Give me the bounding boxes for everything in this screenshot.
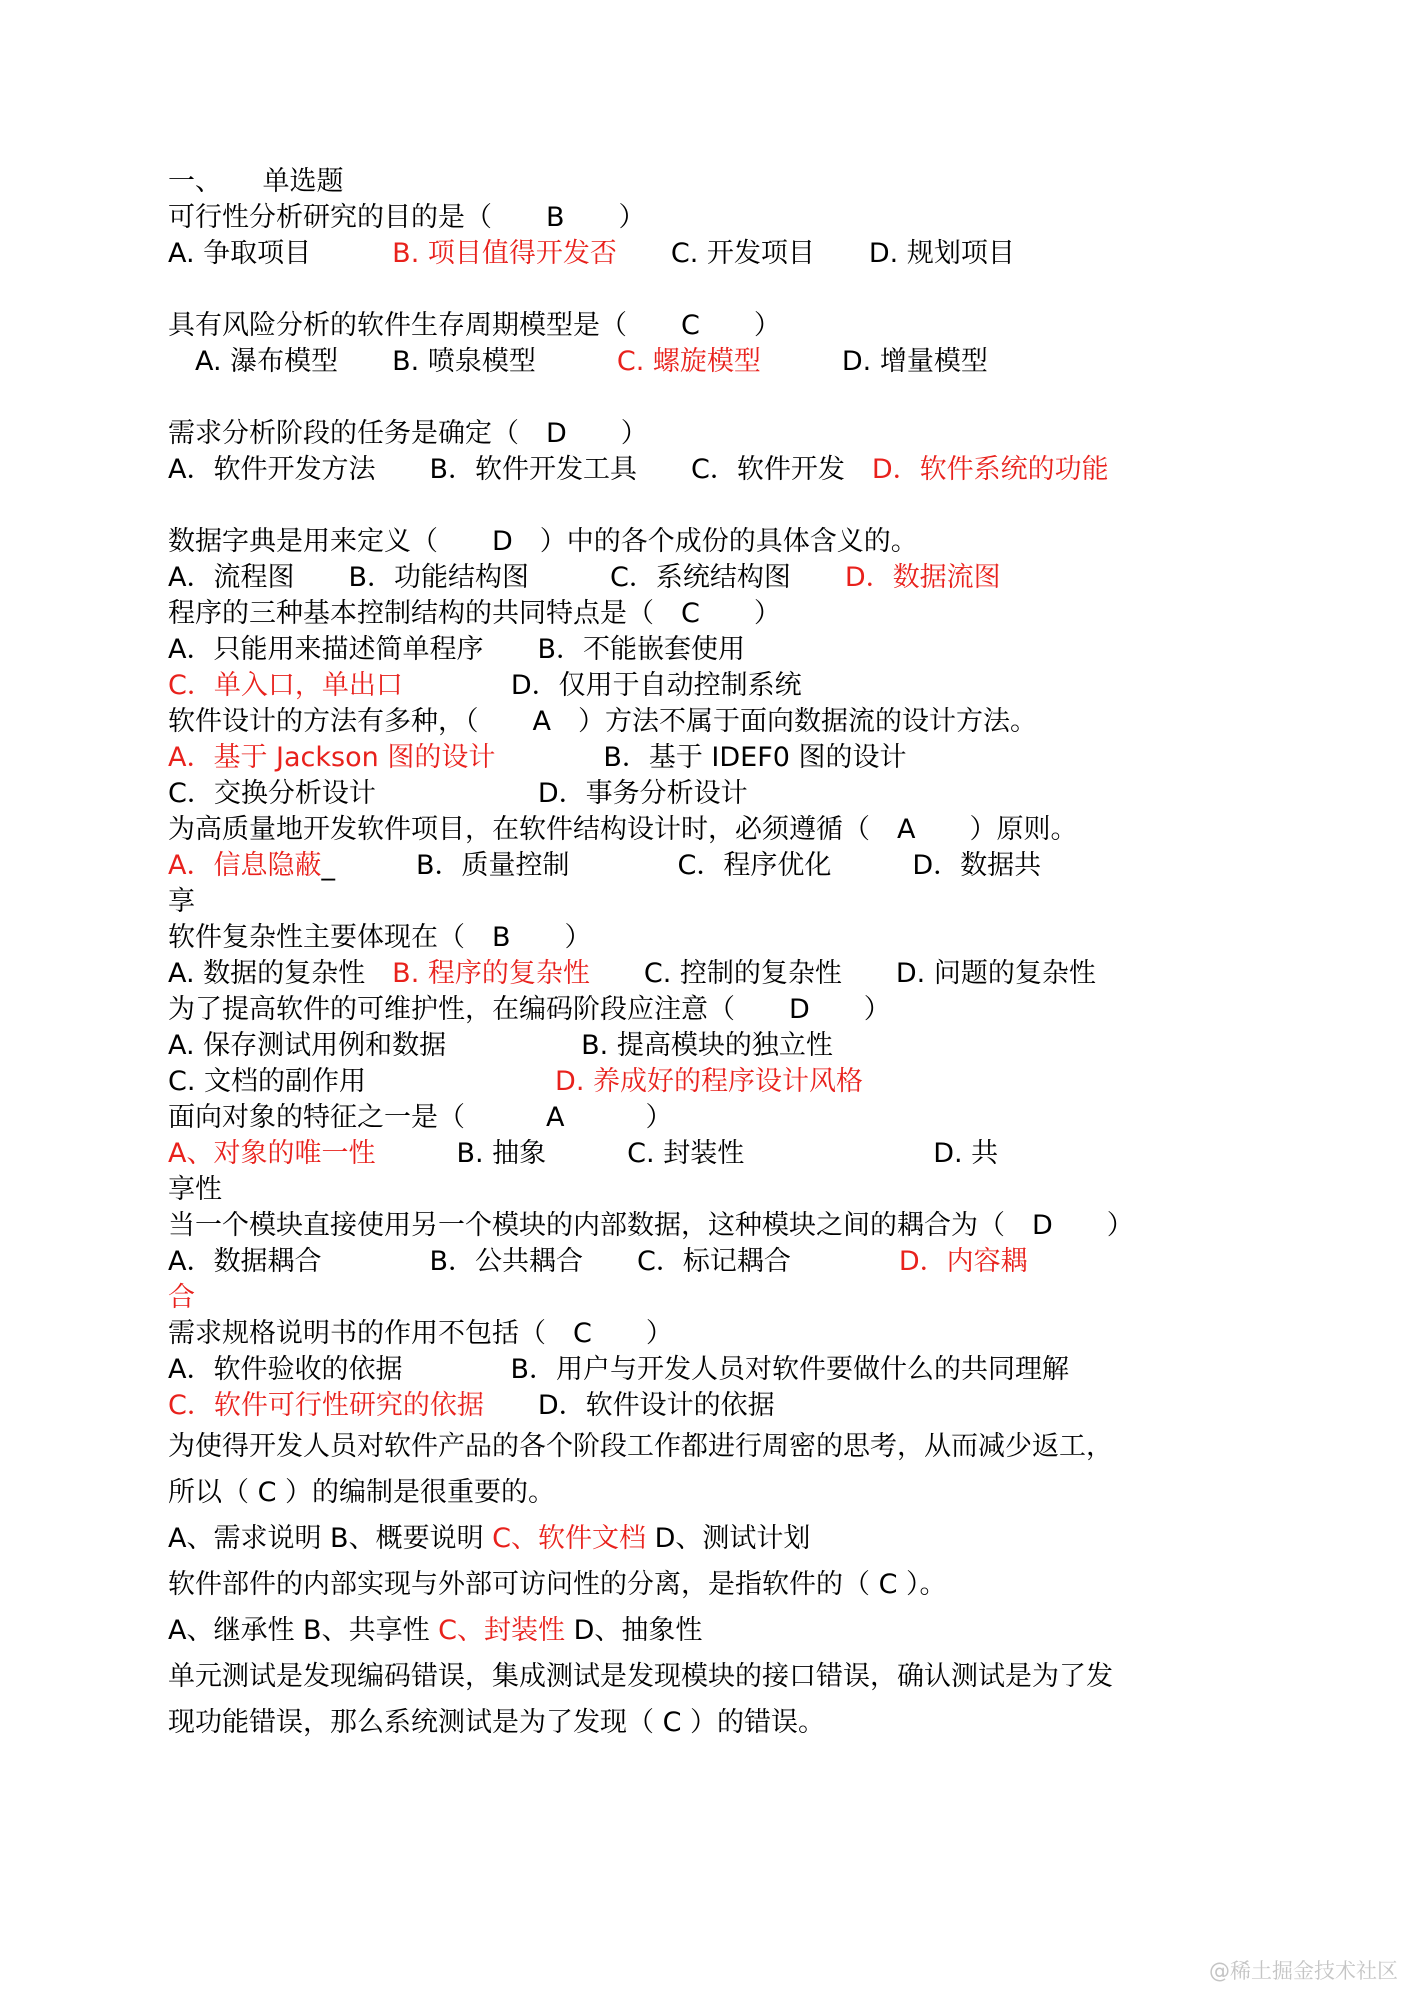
question-text: D、抽象性 [565, 1615, 702, 1646]
question-text: B．基于 IDEF0 图的设计 [495, 742, 906, 773]
question-text: C. 文档的副作用 [168, 1066, 555, 1097]
text-line: 享 [168, 884, 1273, 920]
question-text: 享性 [168, 1174, 222, 1205]
question-text: D. 增量模型 [761, 346, 988, 377]
exam-content: 一、 单选题可行性分析研究的目的是（ B ）A. 争取项目 B. 项目值得开发否… [168, 164, 1273, 1746]
text-line: 单元测试是发现编码错误，集成测试是发现模块的接口错误，确认测试是为了发 [168, 1654, 1273, 1700]
question-text: 为高质量地开发软件项目，在软件结构设计时，必须遵循（ A ）原则。 [168, 814, 1077, 845]
question-text: C. 开发项目 D. 规划项目 [617, 238, 1015, 269]
text-line: A、对象的唯一性 B. 抽象 C. 封装性 D. 共 [168, 1136, 1273, 1172]
text-line: 所以（ C ）的编制是很重要的。 [168, 1470, 1273, 1516]
answer-text: A．信息隐蔽 [168, 850, 321, 881]
text-line: A．基于 Jackson 图的设计 B．基于 IDEF0 图的设计 [168, 740, 1273, 776]
text-line: C．单入口，单出口 D．仅用于自动控制系统 [168, 668, 1273, 704]
text-line: 为高质量地开发软件项目，在软件结构设计时，必须遵循（ A ）原则。 [168, 812, 1273, 848]
answer-text: C. 螺旋模型 [617, 346, 761, 377]
question-text: A．数据耦合 B．公共耦合 C．标记耦合 [168, 1246, 899, 1277]
question-text: 需求分析阶段的任务是确定（ D ） [168, 418, 648, 449]
question-text: 数据字典是用来定义（ D ）中的各个成份的具体含义的。 [168, 526, 918, 557]
text-line: C．交换分析设计 D．事务分析设计 [168, 776, 1273, 812]
text-line: A、继承性 B、共享性 C、封装性 D、抽象性 [168, 1608, 1273, 1654]
answer-text: D．数据流图 [845, 562, 1001, 593]
question-text: 软件设计的方法有多种，（ A ）方法不属于面向数据流的设计方法。 [168, 706, 1037, 737]
question-text: 为了提高软件的可维护性，在编码阶段应注意（ D ） [168, 994, 891, 1025]
question-text: C. 控制的复杂性 D. 问题的复杂性 [590, 958, 1096, 989]
question-text: 一、 单选题 [168, 166, 344, 197]
text-line: 程序的三种基本控制结构的共同特点是（ C ） [168, 596, 1273, 632]
question-text: C．交换分析设计 D．事务分析设计 [168, 778, 748, 809]
question-text: 为使得开发人员对软件产品的各个阶段工作都进行周密的思考，从而减少返工， [168, 1431, 1113, 1462]
text-line: A．软件验收的依据 B．用户与开发人员对软件要做什么的共同理解 [168, 1352, 1273, 1388]
answer-text: A、对象的唯一性 [168, 1138, 375, 1169]
text-line: 数据字典是用来定义（ D ）中的各个成份的具体含义的。 [168, 524, 1273, 560]
question-text: A．软件验收的依据 B．用户与开发人员对软件要做什么的共同理解 [168, 1354, 1069, 1385]
question-text: 当一个模块直接使用另一个模块的内部数据，这种模块之间的耦合为（ D ） [168, 1210, 1134, 1241]
text-line: 当一个模块直接使用另一个模块的内部数据，这种模块之间的耦合为（ D ） [168, 1208, 1273, 1244]
question-text: D、测试计划 [646, 1523, 810, 1554]
question-text: 需求规格说明书的作用不包括（ C ） [168, 1318, 673, 1349]
answer-text: C．单入口，单出口 [168, 670, 403, 701]
document-page: 一、 单选题可行性分析研究的目的是（ B ）A. 争取项目 B. 项目值得开发否… [0, 0, 1410, 1995]
blank-line [168, 380, 1273, 416]
text-line: A．软件开发方法 B．软件开发工具 C．软件开发 D．软件系统的功能 [168, 452, 1273, 488]
question-text: 享 [168, 886, 195, 917]
text-line: 具有风险分析的软件生存周期模型是（ C ） [168, 308, 1273, 344]
text-line: 可行性分析研究的目的是（ B ） [168, 200, 1273, 236]
answer-text: C、软件文档 [492, 1523, 646, 1554]
answer-text: D．软件系统的功能 [872, 454, 1109, 485]
question-text: _ B．质量控制 C．程序优化 D．数据共 [321, 850, 1041, 881]
question-text: A. 保存测试用例和数据 B. 提高模块的独立性 [168, 1030, 833, 1061]
question-text: 具有风险分析的软件生存周期模型是（ C ） [168, 310, 781, 341]
text-line: 软件设计的方法有多种，（ A ）方法不属于面向数据流的设计方法。 [168, 704, 1273, 740]
answer-text: D．内容耦 [899, 1246, 1028, 1277]
question-text: A．流程图 B．功能结构图 C．系统结构图 [168, 562, 845, 593]
question-text: D．软件设计的依据 [484, 1390, 775, 1421]
text-line: 合 [168, 1280, 1273, 1316]
question-text: A、继承性 B、共享性 [168, 1615, 438, 1646]
text-line: A．流程图 B．功能结构图 C．系统结构图 D．数据流图 [168, 560, 1273, 596]
question-text: 单元测试是发现编码错误，集成测试是发现模块的接口错误，确认测试是为了发 [168, 1661, 1113, 1692]
text-line: A. 保存测试用例和数据 B. 提高模块的独立性 [168, 1028, 1273, 1064]
text-line: A. 争取项目 B. 项目值得开发否 C. 开发项目 D. 规划项目 [168, 236, 1273, 272]
question-text: A．只能用来描述简单程序 B．不能嵌套使用 [168, 634, 745, 665]
watermark: @稀土掘金技术社区 [1209, 1955, 1398, 1985]
text-line: 面向对象的特征之一是（ A ） [168, 1100, 1273, 1136]
question-text: A. 瀑布模型 B. 喷泉模型 [168, 346, 617, 377]
question-text: D．仅用于自动控制系统 [403, 670, 802, 701]
answer-text: B. 程序的复杂性 [392, 958, 590, 989]
question-text: A、需求说明 B、概要说明 [168, 1523, 492, 1554]
question-text: A. 数据的复杂性 [168, 958, 392, 989]
answer-text: 合 [168, 1282, 195, 1313]
question-text: 软件部件的内部实现与外部可访问性的分离，是指软件的（ C ）。 [168, 1569, 947, 1600]
blank-line [168, 272, 1273, 308]
question-text: 可行性分析研究的目的是（ B ） [168, 202, 646, 233]
question-text: A．软件开发方法 B．软件开发工具 C．软件开发 [168, 454, 872, 485]
question-text: 软件复杂性主要体现在（ B ） [168, 922, 592, 953]
answer-text: B. 项目值得开发否 [392, 238, 617, 269]
question-text: B. 抽象 C. 封装性 D. 共 [375, 1138, 998, 1169]
question-text: 现功能错误，那么系统测试是为了发现（ C ）的错误。 [168, 1707, 825, 1738]
text-line: 为使得开发人员对软件产品的各个阶段工作都进行周密的思考，从而减少返工， [168, 1424, 1273, 1470]
text-line: A. 瀑布模型 B. 喷泉模型 C. 螺旋模型 D. 增量模型 [168, 344, 1273, 380]
text-line: 软件复杂性主要体现在（ B ） [168, 920, 1273, 956]
text-line: A．信息隐蔽_ B．质量控制 C．程序优化 D．数据共 [168, 848, 1273, 884]
text-line: 现功能错误，那么系统测试是为了发现（ C ）的错误。 [168, 1700, 1273, 1746]
text-line: 为了提高软件的可维护性，在编码阶段应注意（ D ） [168, 992, 1273, 1028]
text-line: A. 数据的复杂性 B. 程序的复杂性 C. 控制的复杂性 D. 问题的复杂性 [168, 956, 1273, 992]
text-line: 需求分析阶段的任务是确定（ D ） [168, 416, 1273, 452]
question-text: 面向对象的特征之一是（ A ） [168, 1102, 672, 1133]
answer-text: C、封装性 [438, 1615, 565, 1646]
text-line: A．数据耦合 B．公共耦合 C．标记耦合 D．内容耦 [168, 1244, 1273, 1280]
text-line: A、需求说明 B、概要说明 C、软件文档 D、测试计划 [168, 1516, 1273, 1562]
question-text: 程序的三种基本控制结构的共同特点是（ C ） [168, 598, 781, 629]
text-line: 需求规格说明书的作用不包括（ C ） [168, 1316, 1273, 1352]
answer-text: C．软件可行性研究的依据 [168, 1390, 484, 1421]
answer-text: A．基于 Jackson 图的设计 [168, 742, 495, 773]
answer-text: D. 养成好的程序设计风格 [555, 1066, 863, 1097]
text-line: C. 文档的副作用 D. 养成好的程序设计风格 [168, 1064, 1273, 1100]
question-text: 所以（ C ）的编制是很重要的。 [168, 1477, 555, 1508]
text-line: 一、 单选题 [168, 164, 1273, 200]
text-line: C．软件可行性研究的依据 D．软件设计的依据 [168, 1388, 1273, 1424]
question-text: A. 争取项目 [168, 238, 392, 269]
text-line: 软件部件的内部实现与外部可访问性的分离，是指软件的（ C ）。 [168, 1562, 1273, 1608]
text-line: 享性 [168, 1172, 1273, 1208]
blank-line [168, 488, 1273, 524]
text-line: A．只能用来描述简单程序 B．不能嵌套使用 [168, 632, 1273, 668]
